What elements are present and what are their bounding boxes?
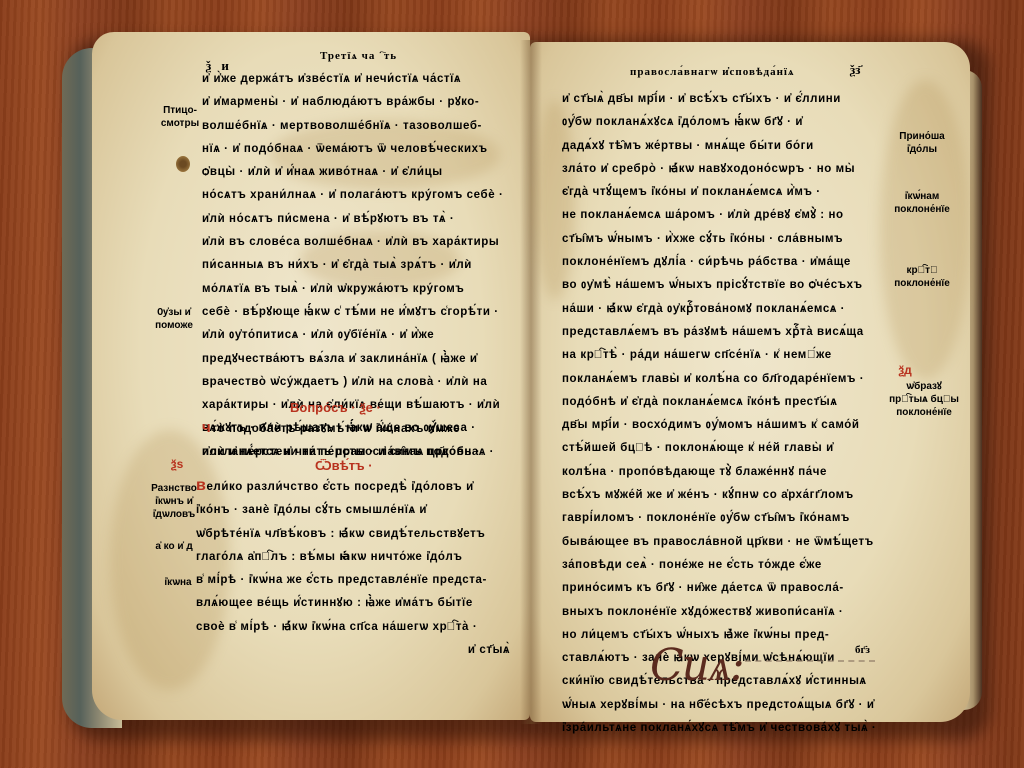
text-line: быва́ющее въ правосла́вной цр҃кви · не ѿ… [562, 531, 880, 554]
text-line: дв҃ы мр҃і́и · восхо́димъ ᲂу҆́момъ на́шим… [562, 414, 880, 437]
margin-note: ѡ҆бразꙋ прⷭ҇тыѧ бцⷣы поклоне́нїе [884, 380, 964, 419]
text-line: дадѧ́хꙋ тѣ̑мъ же́ртвы · мнѧ́ще бы́ти бо́… [562, 135, 880, 158]
drop-initial: В [196, 477, 206, 494]
text-line: ели́ко разли́чство є҆́сть посредѣ̀ і҆до́… [206, 481, 473, 493]
text-line: ᲂу҆́бѡ покланѧ́хꙋсѧ і҆до́ломъ ꙗ҆́кѡ бг҃ꙋ… [562, 111, 880, 134]
drop-initial: Ч [202, 419, 211, 436]
question-number: ѯе [359, 400, 373, 415]
margin-note: а҆ ко и҆ д [144, 540, 204, 553]
text-line: предꙋчества́ютъ вѧ́зла и҆ заклина́нїѧ ( … [202, 348, 520, 371]
margin-note-rubric: ѯѕ [162, 458, 192, 471]
text-line: нїѧ · и҆ подо́бнаѧ · ѿема́ютъ ѿ человѣ́ч… [202, 138, 520, 161]
text-line: Подо́бнѣ и҆ є҆гда̀ покланѧ́емсѧ і҆ко́нѣ … [562, 391, 880, 414]
text-line: не покланѧ́емсѧ ша́ромъ · и҆лѝ дре́вꙋ є҆… [562, 204, 880, 227]
text-line: за́повѣди сеѧ̀ · поне́же не є҆́сть то́жд… [562, 554, 880, 577]
text-line: ѡ҆́ныѧ херꙋві́мы · на нб҃е́сѣхъ предстоѧ… [562, 694, 880, 717]
margin-note: Птицо- смотры [150, 104, 210, 130]
worm-hole [176, 156, 190, 172]
text-line: и҆лѝ ᲂу҆то́питисѧ · и҆лѝ ᲂу҆бїе́нїѧ · и҆… [202, 324, 520, 347]
water-stain [880, 80, 970, 380]
text-line: і҆ко́нъ · занѐ і҆до́лы сꙋ́ть смышле́нїѧ … [196, 499, 520, 522]
handwritten-signature: Сиѧ: [650, 640, 743, 691]
text-line: покланѧ́емъ главы̀ и҆ колѣ́на со бл҃года… [562, 368, 880, 391]
text-line: ѡ҆брѣте́нїѧ чл҃вѣ́ковъ : ꙗ҆́кѡ свидѣ́тел… [196, 523, 520, 546]
margin-note: і҆кѡ́нам поклоне́нїе [882, 190, 962, 216]
text-line: гаврі́иломъ · Поклоне́нїе ᲂу҆́бѡ ст҃ы̑мъ… [562, 507, 880, 530]
pencil-marks [745, 660, 875, 662]
text-line: и҆ ст҃ыѧ̀ дв҃ы мр҃і́и · и҆ всѣ́хъ ст҃ы́х… [562, 88, 880, 111]
text-line: но́сѧтъ храни́лнаѧ · и҆ полага́ютъ кру́г… [202, 184, 520, 207]
answer-heading: Ѿвѣ́тъ · [315, 458, 373, 473]
text-line: и҆ и҆̀же держа́тъ и҆зве́стїѧ и҆ нечи́стї… [202, 68, 520, 91]
margin-note: Ѹ҆зы и҆ поможе [144, 306, 204, 332]
text-line: в̾ мі́рѣ · і҆кѡ́на же є҆́сть представле́… [196, 569, 520, 592]
text-line: во ᲂу҆мѣ̀ на́шемъ ѡ҆́ныхъ прісꙋ́тствїе в… [562, 274, 880, 297]
text-line: стѣ́йшей бцⷣѣ · поклонѧ́юще к̾ не́й глав… [562, 437, 880, 460]
margin-note: Разнство і҆кѡнъ и҆ і҆дѡловъ [144, 482, 204, 521]
text-line: ст҃ы̑мъ ѡ҆́нымъ · и҆̀хже сꙋ́ть і҆ко́ны ·… [562, 228, 880, 251]
text-line: і҆зра́ильтѧне покланѧ́хꙋсѧ тѣ̑мъ и҆ чест… [562, 717, 880, 740]
text-line: на́ши · ꙗ҆́кѡ є҆гда̀ ᲂу҆крⷭ҇това́номꙋ по… [562, 298, 880, 321]
text-line: глаго́лѧ а҆пⷭ҇лъ : вѣ́мы ꙗ҆́кѡ ничто́же … [196, 546, 520, 569]
text-line: пи́санныѧ въ ни́хъ · и҆ є҆гда̀ тыѧ̀ зрѧ́… [202, 254, 520, 277]
text-line: вныхъ поклоне́нїе хꙋдо́жествꙋ живопи́сан… [562, 601, 880, 624]
text-line: и҆лѝ въ слове́са волше́бнаѧ · и҆лѝ въ ха… [202, 231, 520, 254]
text-line: мо́лѧтїѧ въ тыѧ̀ · и҆лѝ ѡ҆кружа́ютъ кру́… [202, 278, 520, 301]
text-line: себѐ · вѣ́рꙋюще ꙗ҆́кѡ с̾ тѣ́ми не и҆́мꙋт… [202, 301, 520, 324]
text-line: колѣ́на · пропо́вѣдающе тꙋ̀ блаже́ннꙋ па… [562, 461, 880, 484]
right-folio-number: ѯз҃ [850, 62, 860, 78]
text-line: ѻ҆вцы̀ · и҆лѝ и҆ и҆́наѧ живо́тнаѧ · и҆ є… [202, 161, 520, 184]
text-line: своѐ в̾ мі́рѣ · ꙗ҆́кѡ і҆кѡ́на сп҃са на́ш… [196, 616, 520, 639]
text-line: всѣ́хъ мꙋже́й же и҆ же́нъ · кꙋ́пнѡ со а҆… [562, 484, 880, 507]
text-line: прино́симъ къ бг҃ꙋ · ни̑же да́етсѧ ѿ пра… [562, 577, 880, 600]
left-running-head: Третїѧ чаⷭ҇ть [320, 50, 397, 62]
text-line: врачество̀ ѡ҆су́ждаетъ ) и҆лѝ на слова̀ … [202, 371, 520, 394]
text-line: и҆ ст҃ыѧ̀ [196, 639, 520, 662]
margin-note-rubric: ѯд [890, 364, 920, 377]
answer-text: Вели́ко разли́чство є҆́сть посредѣ̀ і҆до… [196, 474, 520, 662]
text-line: то̀ подоба́етъ разꙋмѣ́ти ѡ҆ і҆ко́нахъ и҆… [211, 423, 460, 435]
right-running-head: правосла́внагѡ и҆сповѣда́нїѧ [630, 66, 795, 78]
text-line: представлѧ́емъ въ ра́зꙋмѣ на́шемъ хрⷭ҇та… [562, 321, 880, 344]
text-line: и҆ и҆мармены̀ · и҆ наблюда́ютъ вра́жбы ·… [202, 91, 520, 114]
question-label: Вопро́съ [290, 400, 348, 415]
text-line: волше́бнїѧ · мертвоволше́бнїѧ · тазоволш… [202, 115, 520, 138]
answer-label: Ѿвѣ́тъ [315, 458, 365, 473]
question-heading: Вопро́съ · ѯе · [290, 400, 381, 415]
catchword: бг҃з [855, 644, 870, 656]
margin-note: крⷭ҇тꙋ поклоне́нїе [882, 264, 962, 290]
text-line: и҆лѝ но́сѧтъ пи́смена · и҆ вѣ́рꙋютъ въ т… [202, 208, 520, 231]
text-line: є҆гда̀ чтꙋ́щемъ і҆ко́ны и҆ покланѧ́емсѧ … [562, 181, 880, 204]
margin-note: Прино́ша і҆до́лы [882, 130, 962, 156]
text-line: зла́то и҆ сребро̀ · ꙗ҆́кѡ навꙋходоно́сѡр… [562, 158, 880, 181]
text-line: влѧ́ющее ве́щь и҆́стиннꙋю : ꙗ҆̀же и҆ма́т… [196, 592, 520, 615]
text-line: на крⷭ҇тѣ̀ · ра́ди на́шегѡ сп҃се́нїѧ · к… [562, 344, 880, 367]
text-line: поклоне́нїемъ дꙋлі́а · си́рѣчь ра́бства … [562, 251, 880, 274]
